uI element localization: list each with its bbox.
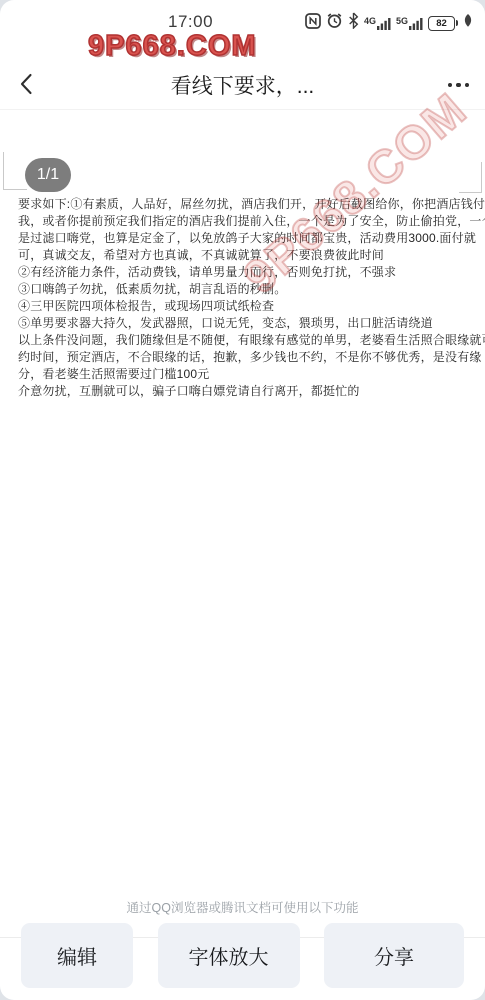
eco-leaf-icon: [463, 13, 473, 33]
4g-signal-icon: 4G: [364, 17, 391, 30]
doc-text-line: 介意勿扰，互删就可以，骗子口嗨白嫖党请自行离开，都挺忙的: [18, 383, 469, 400]
ellipsis-dot: [448, 83, 453, 88]
ellipsis-dot: [456, 83, 461, 88]
footer-action-bar: 编辑 字体放大 分享: [0, 923, 485, 988]
bluetooth-icon: [348, 12, 359, 34]
doc-text-line: ④三甲医院四项体检报告，或现场四项试纸检查: [18, 298, 469, 315]
battery-percent: 82: [436, 18, 447, 29]
doc-text-line: 是过滤口嗨党，也算是定金了，以免放鸽子大家的时间都宝贵，活动费用3000.面付就: [18, 230, 469, 247]
header-bar: 看线下要求，...: [0, 60, 485, 110]
battery-icon: 82: [428, 16, 455, 31]
page-corner-mark-right: [459, 162, 482, 193]
more-options-button[interactable]: [448, 79, 470, 91]
doc-text-line: 以上条件没问题，我们随缘但是不随便，有眼缘有感觉的单男，老婆看生活照合眼缘就可: [18, 332, 469, 349]
doc-text-line: ⑤单男要求器大持久，发武器照，口说无凭，变态，猥琐男，出口脏活请绕道: [18, 315, 469, 332]
status-bar: 17:00 4G 5G 82: [0, 10, 485, 38]
page-corner-mark-left: [3, 152, 27, 190]
doc-text-line: 约时间，预定酒店，不合眼缘的话，抱歉，多少钱也不约，不是你不够优秀，是没有缘: [18, 349, 469, 366]
5g-signal-icon: 5G: [396, 17, 423, 30]
doc-text-line: 我，或者你提前预定我们指定的酒店我们提前入住，一个是为了安全，防止偷拍党，一个: [18, 213, 469, 230]
page-title: 看线下要求，...: [0, 70, 485, 100]
doc-text-line: 要求如下:①有素质，人品好，屌丝勿扰，酒店我们开，开好后截图给你，你把酒店钱付: [18, 196, 469, 213]
doc-text-line: ②有经济能力条件，活动费钱，请单男量力而行，否则免打扰，不强求: [18, 264, 469, 281]
page-indicator-badge: 1/1: [25, 158, 71, 192]
nfc-icon: [305, 13, 321, 34]
back-button[interactable]: [14, 73, 40, 99]
document-text: 要求如下:①有素质，人品好，屌丝勿扰，酒店我们开，开好后截图给你，你把酒店钱付 …: [18, 196, 469, 400]
chevron-left-icon: [16, 72, 38, 101]
status-time: 17:00: [168, 12, 213, 32]
phone-screen: 17:00 4G 5G 82: [0, 0, 485, 1000]
footer-hint-text: 通过QQ浏览器或腾讯文档可使用以下功能: [0, 898, 485, 916]
share-button[interactable]: 分享: [324, 923, 464, 988]
doc-text-line: 可，真诚交友，希望对方也真诚，不真诚就算了，不要浪费彼此时间: [18, 247, 469, 264]
doc-text-line: ③口嗨鸽子勿扰，低素质勿扰，胡言乱语的秒删。: [18, 281, 469, 298]
font-enlarge-button[interactable]: 字体放大: [158, 923, 300, 988]
alarm-clock-icon: [326, 12, 343, 34]
doc-text-line: 分，看老婆生活照需要过门槛100元: [18, 366, 469, 383]
ellipsis-dot: [465, 83, 470, 88]
edit-button[interactable]: 编辑: [21, 923, 133, 988]
status-icons: 4G 5G 82: [305, 12, 473, 34]
